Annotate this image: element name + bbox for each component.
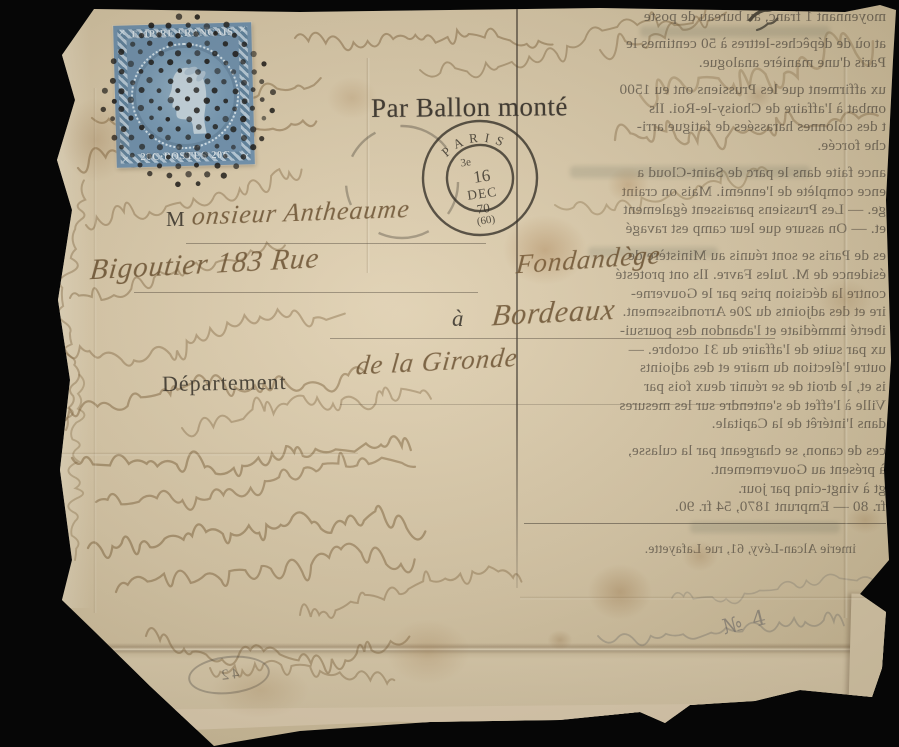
- newspaper-line: imerie Alcan-Lévy, 61, rue Lafayette.: [524, 540, 886, 559]
- newspaper-line: à présent au Gouvernement.: [524, 461, 886, 480]
- address-departement-handwriting: de la Gironde: [354, 342, 519, 382]
- address-rule: [134, 292, 478, 293]
- datestamp-day: 16: [472, 166, 491, 187]
- datestamp-year: 70: [476, 200, 491, 217]
- address-street-handwriting: Bigoutier 183 Rue: [88, 242, 321, 287]
- address-rule: [330, 338, 775, 339]
- napoleon-profile-icon: [150, 52, 222, 142]
- postage-stamp: EMPIRE FRANCAIS 20C·POSTES·20C: [113, 22, 255, 168]
- newspaper-line: dans l'intérêt de la Capitale.: [524, 415, 886, 434]
- datestamp-main-strike: PARIS (60) 3e 16 DEC 70: [416, 114, 545, 243]
- oval-number-text: 42: [218, 665, 241, 684]
- address-rule: [340, 404, 760, 405]
- address-printed-departement: Département: [162, 369, 287, 397]
- paris-datestamp: PARIS (60) 3e 16 DEC 70: [330, 105, 590, 265]
- sheet-fold-edge: [56, 643, 892, 652]
- newspaper-line: moyennant 1 franc, au bureau de poste: [524, 8, 886, 27]
- paper-crease: [93, 88, 97, 613]
- under-sheet-edge: [56, 650, 894, 716]
- newspaper-line: at où de dépêches-lettres à 50 centimes …: [524, 35, 886, 54]
- newspaper-line: ces de canon, se chargeant par la culass…: [524, 442, 886, 461]
- newspaper-line: ux par suite de l'affaire du 31 octobre.…: [524, 341, 886, 360]
- newspaper-line: is et, le droit de se réunir deux fois p…: [524, 378, 886, 397]
- newspaper-divider-rule: [524, 523, 886, 535]
- cover-sheet: moyennant 1 franc, au bureau de posteat …: [0, 0, 899, 747]
- address-printed-a: à: [452, 306, 464, 332]
- paper-crease: [843, 58, 848, 618]
- newspaper-line: gt à vingt-cinq par jour.: [524, 480, 886, 499]
- address-printed-m: M: [166, 207, 185, 232]
- torn-left-edge: [55, 8, 91, 608]
- newspaper-line: [524, 72, 886, 80]
- datestamp-levee: 3e: [460, 156, 472, 169]
- right-edge-flap: [849, 593, 894, 706]
- newspaper-line: [524, 434, 886, 442]
- newspaper-line: Ville à l'effet de s'entendre sur les me…: [524, 397, 886, 416]
- photo-backdrop: { "colors":{"backdrop":"#000000","paper"…: [0, 0, 899, 747]
- address-city-handwriting: Bordeaux: [490, 293, 617, 334]
- newspaper-line: Paris d'une manière analogue.: [524, 54, 886, 73]
- paper-crease: [58, 452, 358, 456]
- pencil-number-mark: № 4: [720, 605, 770, 639]
- stamp-denomination: 20C·POSTES·20C: [116, 149, 254, 164]
- paper-crease: [520, 596, 890, 600]
- newspaper-line: fr. 80 — Emprunt 1870, 54 fr. 90.: [524, 498, 886, 517]
- cover-photo: moyennant 1 franc, au bureau de posteat …: [0, 0, 899, 747]
- newspaper-line: outre l'élection du maire et des adjoint…: [524, 359, 886, 378]
- newspaper-line: [524, 27, 886, 35]
